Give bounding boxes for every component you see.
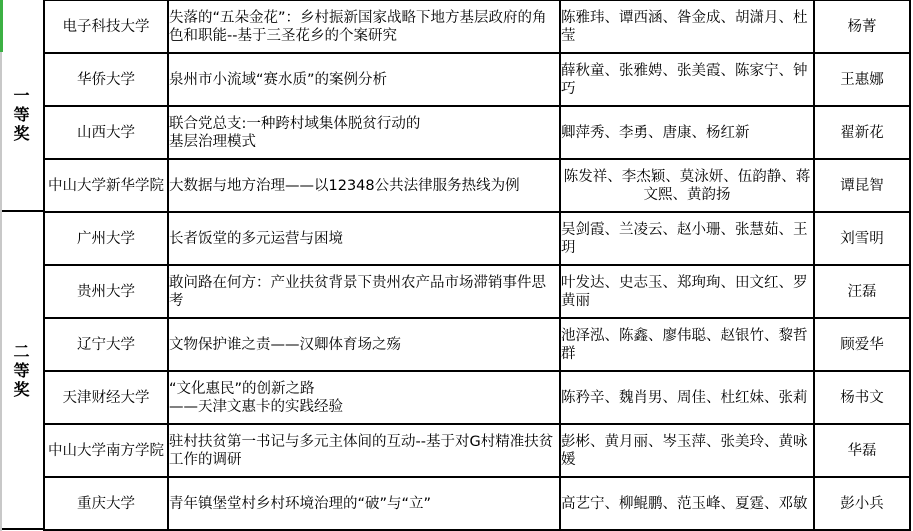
title-cell[interactable]: 敢问路在何方：产业扶贫背景下贵州农产品市场滞销事件思考 <box>168 265 560 318</box>
advisor-cell[interactable]: 翟新花 <box>814 106 910 159</box>
title-cell[interactable]: 失落的“五朵金花”：乡村振新国家战略下地方基层政府的角色和职能--基于三圣花乡的… <box>168 0 560 53</box>
selection-marker <box>0 0 3 52</box>
prize-char: 奖 <box>0 124 43 143</box>
table-row: 贵州大学 敢问路在何方：产业扶贫背景下贵州农产品市场滞销事件思考 叶发达、史志玉… <box>44 265 910 318</box>
prize-label-first: 一 等 奖 <box>0 86 43 143</box>
school-cell[interactable]: 贵州大学 <box>44 265 168 318</box>
title-cell[interactable]: 泉州市小流域“赛水质”的案例分析 <box>168 53 560 106</box>
school-cell[interactable]: 天津财经大学 <box>44 371 168 424</box>
members-cell[interactable]: 彭彬、黄月丽、岑玉萍、张美玲、黄咏媛 <box>560 424 814 477</box>
prize-char: 一 <box>0 86 43 105</box>
advisor-cell[interactable]: 杨菁 <box>814 0 910 53</box>
table-row: 电子科技大学 失落的“五朵金花”：乡村振新国家战略下地方基层政府的角色和职能--… <box>44 0 910 53</box>
table-row: 重庆大学 青年镇堡堂村乡村环境治理的“破”与“立” 高艺宁、柳鲲鹏、范玉峰、夏霆… <box>44 477 910 530</box>
prize-char: 奖 <box>0 380 43 399</box>
title-cell[interactable]: 驻村扶贫第一书记与多元主体间的互动--基于对G村精准扶贫工作的调研 <box>168 424 560 477</box>
table-row: 辽宁大学 文物保护谁之责——汉卿体育场之殇 池泽泓、陈鑫、廖伟聪、赵银竹、黎哲群… <box>44 318 910 371</box>
members-cell[interactable]: 陈雅玮、谭西涵、昝金成、胡潇月、杜莹 <box>560 0 814 53</box>
advisor-cell[interactable]: 刘雪明 <box>814 212 910 265</box>
members-cell[interactable]: 吴剑霞、兰凌云、赵小珊、张慧茹、王玥 <box>560 212 814 265</box>
members-cell[interactable]: 陈矜辛、魏肖男、周佳、杜红妹、张莉 <box>560 371 814 424</box>
school-cell[interactable]: 电子科技大学 <box>44 0 168 53</box>
school-cell[interactable]: 山西大学 <box>44 106 168 159</box>
title-cell[interactable]: 青年镇堡堂村乡村环境治理的“破”与“立” <box>168 477 560 530</box>
school-cell[interactable]: 重庆大学 <box>44 477 168 530</box>
title-cell[interactable]: 长者饭堂的多元运营与困境 <box>168 212 560 265</box>
advisor-cell[interactable]: 谭昆智 <box>814 159 910 212</box>
title-cell[interactable]: 大数据与地方治理——以12348公共法律服务热线为例 <box>168 159 560 212</box>
members-cell[interactable]: 陈发祥、李杰颖、莫泳妍、伍韵静、蒋文熙、黄韵扬 <box>560 159 814 212</box>
table-row: 广州大学 长者饭堂的多元运营与困境 吴剑霞、兰凌云、赵小珊、张慧茹、王玥 刘雪明 <box>44 212 910 265</box>
title-cell[interactable]: 文物保护谁之责——汉卿体育场之殇 <box>168 318 560 371</box>
advisor-cell[interactable]: 顾爱华 <box>814 318 910 371</box>
table-row: 山西大学 联合党总支:一种跨村域集体脱贫行动的 基层治理模式 卿萍秀、李勇、唐康… <box>44 106 910 159</box>
members-cell[interactable]: 卿萍秀、李勇、唐康、杨红新 <box>560 106 814 159</box>
table-bottom-line-left <box>2 528 44 530</box>
members-cell[interactable]: 叶发达、史志玉、郑珣珣、田文红、罗黄丽 <box>560 265 814 318</box>
prize-char: 二 <box>0 342 43 361</box>
title-cell[interactable]: 联合党总支:一种跨村域集体脱贫行动的 基层治理模式 <box>168 106 560 159</box>
prize-char: 等 <box>0 361 43 380</box>
school-cell[interactable]: 中山大学南方学院 <box>44 424 168 477</box>
awards-table: 电子科技大学 失落的“五朵金花”：乡村振新国家战略下地方基层政府的角色和职能--… <box>43 0 911 531</box>
school-cell[interactable]: 华侨大学 <box>44 53 168 106</box>
table-row: 华侨大学 泉州市小流域“赛水质”的案例分析 薛秋童、张雅娉、张美霞、陈家宁、钟巧… <box>44 53 910 106</box>
prize-group-divider <box>2 210 44 212</box>
advisor-cell[interactable]: 华磊 <box>814 424 910 477</box>
school-cell[interactable]: 中山大学新华学院 <box>44 159 168 212</box>
members-cell[interactable]: 高艺宁、柳鲲鹏、范玉峰、夏霆、邓敏 <box>560 477 814 530</box>
title-cell[interactable]: “文化惠民”的创新之路 ——天津文惠卡的实践经验 <box>168 371 560 424</box>
table-row: 中山大学南方学院 驻村扶贫第一书记与多元主体间的互动--基于对G村精准扶贫工作的… <box>44 424 910 477</box>
spreadsheet-sheet: 一 等 奖 二 等 奖 电子科技大学 失落的“五朵金花”：乡村振新国家战略下地方… <box>0 0 913 531</box>
advisor-cell[interactable]: 杨书文 <box>814 371 910 424</box>
table-row: 天津财经大学 “文化惠民”的创新之路 ——天津文惠卡的实践经验 陈矜辛、魏肖男、… <box>44 371 910 424</box>
advisor-cell[interactable]: 王惠娜 <box>814 53 910 106</box>
school-cell[interactable]: 广州大学 <box>44 212 168 265</box>
school-cell[interactable]: 辽宁大学 <box>44 318 168 371</box>
members-cell[interactable]: 薛秋童、张雅娉、张美霞、陈家宁、钟巧 <box>560 53 814 106</box>
members-cell[interactable]: 池泽泓、陈鑫、廖伟聪、赵银竹、黎哲群 <box>560 318 814 371</box>
table-row: 中山大学新华学院 大数据与地方治理——以12348公共法律服务热线为例 陈发祥、… <box>44 159 910 212</box>
prize-label-second: 二 等 奖 <box>0 342 43 399</box>
advisor-cell[interactable]: 彭小兵 <box>814 477 910 530</box>
advisor-cell[interactable]: 汪磊 <box>814 265 910 318</box>
prize-char: 等 <box>0 105 43 124</box>
